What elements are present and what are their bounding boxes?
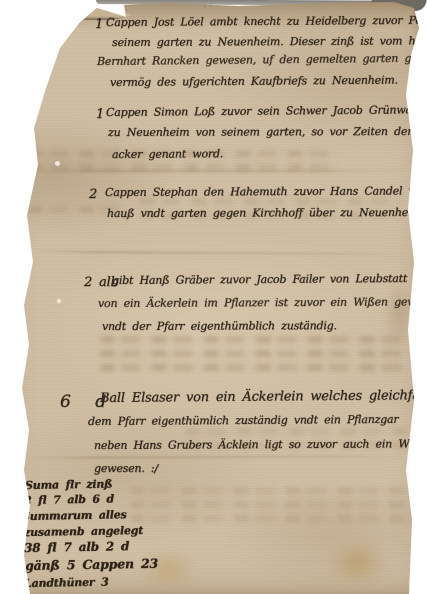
- entry-line: Cappen Simon Loß zuvor sein Schwer Jacob…: [106, 103, 427, 119]
- bleedthrough-mark: [100, 336, 406, 378]
- bleedthrough-row: [130, 501, 412, 508]
- summary-line: 38 fl 7 alb 2 d: [24, 539, 129, 555]
- summary-line: Summarum alles: [22, 508, 127, 523]
- summary-line: 2 fl 7 alb 6 d: [24, 492, 114, 507]
- entry-margin-number: 1: [96, 107, 104, 122]
- stain: [326, 538, 388, 588]
- entry-line: vermög des ufgerichten Kaufbriefs zu Neu…: [110, 73, 398, 89]
- entry-margin-number: 1: [95, 17, 103, 32]
- bleedthrough-row: [100, 364, 406, 371]
- entry-margin-number: 2: [89, 187, 97, 202]
- manuscript-page: †7 1 Cappen Jost Löel ambt knecht zu Hei…: [0, 0, 427, 594]
- bleedthrough-row: [130, 515, 412, 522]
- bleedthrough-row: [185, 428, 407, 435]
- scanned-document: †7 1 Cappen Jost Löel ambt knecht zu Hei…: [0, 0, 427, 594]
- summary-line: Landthüner 3: [24, 576, 109, 590]
- bleedthrough-mark: [130, 487, 412, 529]
- entry-line: seinem garten zu Neuenheim. Dieser zinß …: [112, 34, 427, 49]
- summary-line: Suma flr zinß: [25, 477, 112, 492]
- summary-line: gänß 5 Cappen 23: [25, 556, 158, 573]
- paper-crease: [30, 251, 405, 256]
- entry-line: Bernhart Rancken gewesen, uf den gemelte…: [97, 51, 427, 68]
- paper-hole: [55, 161, 60, 166]
- entry-line: dem Pfarr eigenthümlich zuständig vndt e…: [88, 413, 399, 428]
- summary-line: zusamenb angelegt: [24, 524, 143, 539]
- entry-line: Cappen Stephan den Hahemuth zuvor Hans C…: [105, 184, 427, 199]
- entry-line: gibt Hanß Gräber zuvor Jacob Failer von …: [112, 272, 407, 287]
- bleedthrough-row: [100, 336, 406, 343]
- entry-line: zu Neuenheim von seinem garten, so vor Z…: [108, 125, 427, 139]
- bleedthrough-row: [130, 487, 412, 494]
- bleedthrough-row: [140, 198, 402, 205]
- entry-line: acker genant word.: [112, 147, 223, 161]
- entry-line: von ein Äckerlein im Pflanzer ist zuvor …: [98, 295, 427, 310]
- entry-line: hauß vndt garten gegen Kirchhoff über zu…: [107, 206, 425, 220]
- bleedthrough-row: [28, 164, 338, 171]
- entry-line: neben Hans Grubers Äcklein ligt so zuvor…: [94, 437, 427, 452]
- entry-line: vndt der Pfarr eigenthümblich zuständig.: [102, 319, 337, 333]
- stain: [383, 282, 415, 346]
- paper-hole: [57, 299, 61, 303]
- entry-line: Cappen Jost Löel ambt knecht zu Heidelbe…: [106, 13, 427, 29]
- bleedthrough-row: [100, 350, 406, 357]
- entry-line: gewesen. :/: [94, 462, 158, 475]
- entry-line: Ball Elsaser von ein Äckerlein welches g…: [100, 388, 427, 406]
